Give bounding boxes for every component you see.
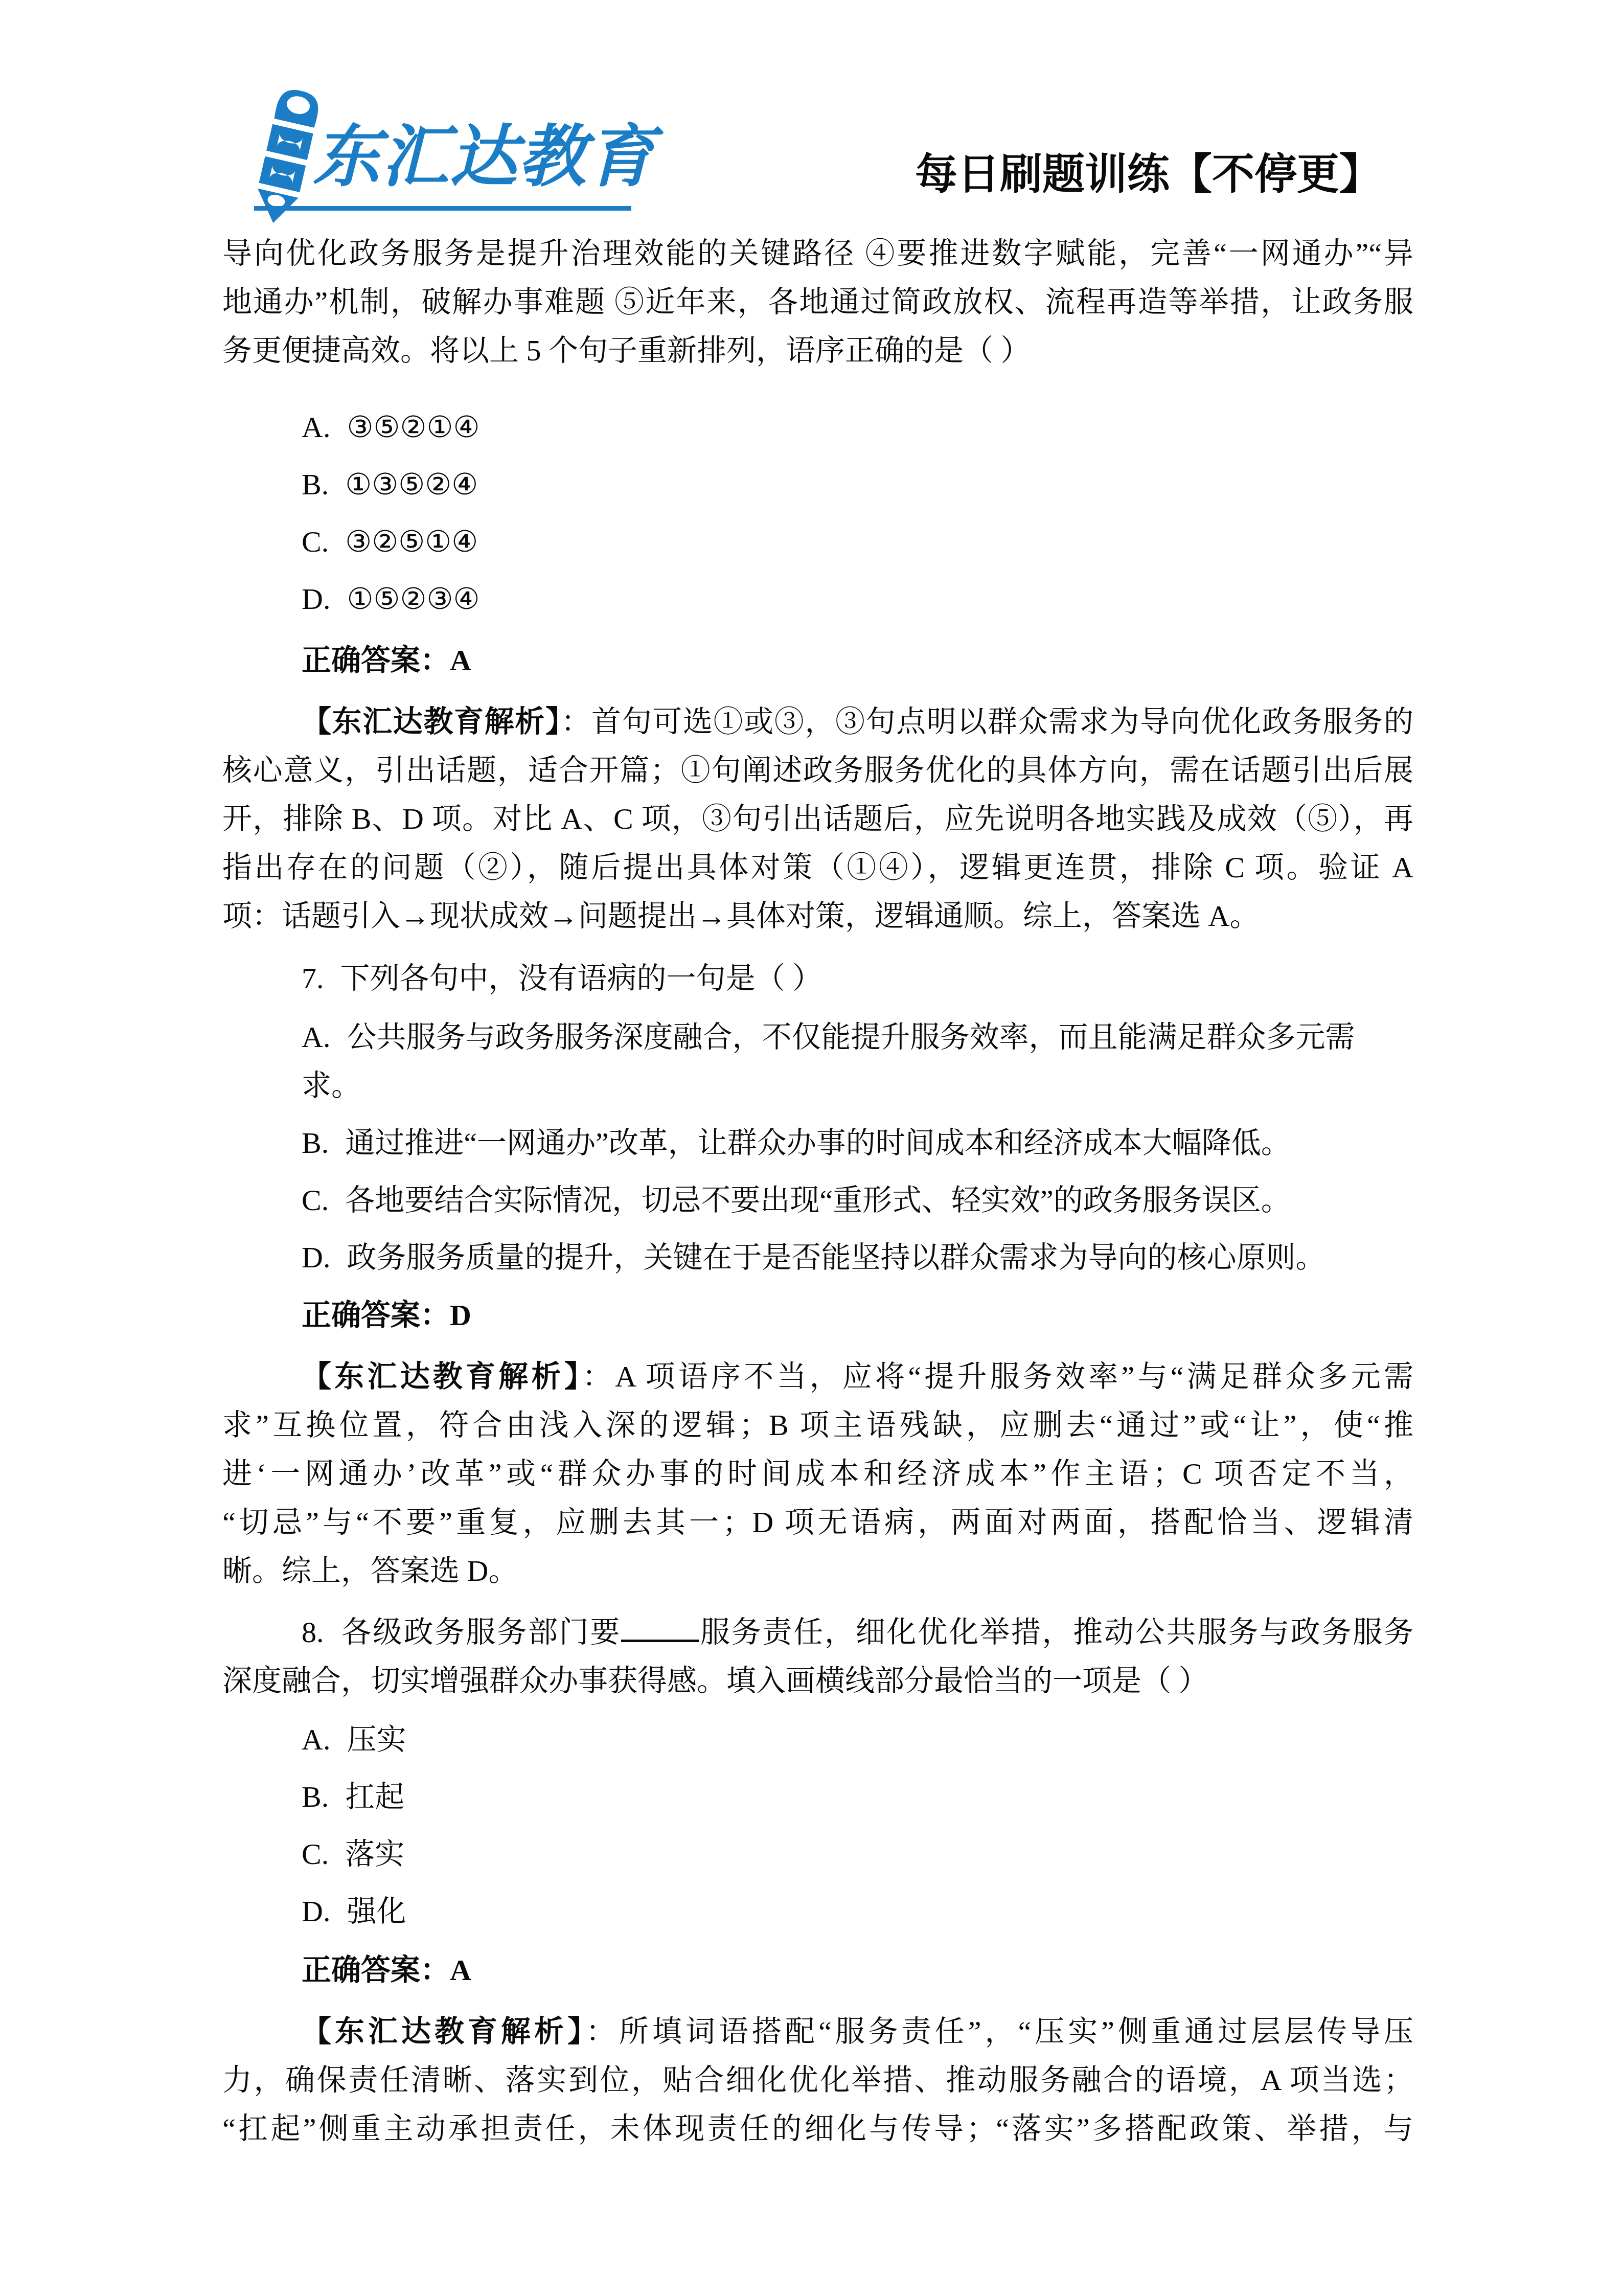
q6-answer: 正确答案：A: [222, 636, 1413, 685]
text-line: 【东汇达教育解析】：A 项语序不当，应将“提升服务效率”与“满足群众多元需: [222, 1352, 1413, 1401]
answer-blank: [621, 1634, 699, 1642]
q6-option-d: D.①⑤②③④: [222, 575, 1413, 623]
q8-option-c: C.落实: [222, 1830, 1413, 1878]
option-label: C.: [302, 1837, 329, 1871]
explanation-tag: 【东汇达教育解析】: [302, 2015, 586, 2048]
option-label: A.: [302, 1723, 330, 1756]
option-label: B.: [302, 1780, 329, 1813]
option-text: 各地要结合实际情况，切忌不要出现“重形式、轻实效”的政务服务误区。: [345, 1184, 1291, 1217]
explanation-tag: 【东汇达教育解析】: [302, 1360, 582, 1393]
q6-option-c: C.③②⑤①④: [222, 517, 1413, 566]
option-text: 压实: [347, 1723, 406, 1756]
question-6-options: A.③⑤②①④ B.①③⑤②④ C.③②⑤①④ D.①⑤②③④: [222, 403, 1413, 623]
q7-explanation: 【东汇达教育解析】：A 项语序不当，应将“提升服务效率”与“满足群众多元需 求”…: [222, 1352, 1413, 1595]
answer-label: 正确答案：: [302, 1299, 450, 1332]
explanation-tag: 【东汇达教育解析】: [302, 705, 561, 738]
text-line: 导向优化政务服务是提升治理效能的关键路径 ④要推进数字赋能，完善“一网通办”“异: [222, 229, 1413, 278]
option-text: ①③⑤②④: [345, 468, 478, 501]
option-label: D.: [302, 582, 330, 616]
question-8-options: A.压实 B.扛起 C.落实 D.强化: [222, 1715, 1413, 1936]
option-label: A.: [302, 1020, 330, 1054]
answer-value: D: [450, 1299, 471, 1332]
q8-option-d: D.强化: [222, 1887, 1413, 1936]
option-text: ①⑤②③④: [347, 582, 479, 616]
option-label: B.: [302, 1126, 329, 1160]
question-7-stem: 7.下列各句中，没有语病的一句是（ ）: [222, 954, 1413, 1003]
text-line: 地通办”机制，破解办事难题 ⑤近年来，各地通过简政放权、流程再造等举措，让政务服: [222, 278, 1413, 326]
question-number: 7.: [302, 962, 324, 995]
option-label: A.: [302, 411, 330, 444]
document-page: { "theme": { "brand_blue": "#1a7dc5", "t…: [0, 0, 1623, 2296]
q7-answer: 正确答案：D: [222, 1291, 1413, 1339]
q8-answer: 正确答案：A: [222, 1946, 1413, 1994]
q8-option-a: A.压实: [222, 1715, 1413, 1764]
text-line: 力，确保责任清晰、落实到位，贴合细化优化举措、推动服务融合的语境，A 项当选；: [222, 2056, 1413, 2104]
page-title: 每日刷题训练【不停更】: [915, 151, 1382, 198]
option-text: ③②⑤①④: [345, 525, 478, 558]
text-line: 【东汇达教育解析】：所填词语搭配“服务责任”，“压实”侧重通过层层传导压: [222, 2007, 1413, 2056]
answer-value: A: [450, 1953, 471, 1987]
text-line: “切忌”与“不要”重复，应删去其一；D 项无语病，两面对两面，搭配恰当、逻辑清: [222, 1498, 1413, 1547]
question-text: 服务责任，细化优化举措，推动公共服务与政务服务: [699, 1616, 1413, 1649]
option-text: ③⑤②①④: [347, 411, 479, 444]
question-8-stem: 8.各级政务服务部门要服务责任，细化优化举措，推动公共服务与政务服务 深度融合，…: [222, 1608, 1413, 1705]
answer-label: 正确答案：: [302, 644, 450, 677]
question-7-options: A.公共服务与政务服务深度融合，不仅能提升服务效率，而且能满足群众多元需求。 B…: [222, 1013, 1413, 1282]
q6-option-b: B.①③⑤②④: [222, 460, 1413, 509]
option-text: 通过推进“一网通办”改革，让群众办事的时间成本和经济成本大幅降低。: [345, 1126, 1291, 1160]
option-label: C.: [302, 1184, 329, 1217]
pen-icon: [226, 87, 323, 223]
option-label: C.: [302, 525, 329, 558]
text-line: 核心意义，引出话题，适合开篇；①句阐述政务服务优化的具体方向，需在话题引出后展: [222, 746, 1413, 794]
q8-option-b: B.扛起: [222, 1772, 1413, 1821]
answer-label: 正确答案：: [302, 1953, 450, 1987]
logo: 东汇达教育: [230, 87, 649, 220]
option-text: 扛起: [345, 1780, 404, 1813]
option-label: D.: [302, 1241, 330, 1274]
option-text: 政务服务质量的提升，关键在于是否能坚持以群众需求为导向的核心原则。: [347, 1241, 1325, 1274]
q7-option-a: A.公共服务与政务服务深度融合，不仅能提升服务效率，而且能满足群众多元需求。: [222, 1013, 1413, 1110]
text-line: 指出存在的问题（②），随后提出具体对策（①④），逻辑更连贯，排除 C 项。验证 …: [222, 843, 1413, 892]
option-text: 强化: [347, 1895, 406, 1928]
logo-text: 东汇达教育: [313, 120, 655, 194]
explanation-text: ：首句可选①或③，③句点明以群众需求为导向优化政务服务的: [561, 705, 1413, 738]
question-number: 8.: [302, 1616, 324, 1649]
text-line: 务更便捷高效。将以上 5 个句子重新排列，语序正确的是（ ）: [222, 326, 1413, 375]
question-text: 各级政务服务部门要: [340, 1616, 622, 1649]
text-line: 深度融合，切实增强群众办事获得感。填入画横线部分最恰当的一项是（ ）: [222, 1656, 1413, 1705]
intro-paragraph: 导向优化政务服务是提升治理效能的关键路径 ④要推进数字赋能，完善“一网通办”“异…: [222, 229, 1413, 375]
logo-underline: [254, 206, 631, 211]
q7-option-b: B.通过推进“一网通办”改革，让群众办事的时间成本和经济成本大幅降低。: [222, 1119, 1413, 1167]
text-line: 求”互换位置，符合由浅入深的逻辑；B 项主语残缺，应删去“通过”或“让”，使“推: [222, 1401, 1413, 1449]
question-text: 下列各句中，没有语病的一句是（ ）: [340, 962, 822, 995]
explanation-text: ：所填词语搭配“服务责任”，“压实”侧重通过层层传导压: [586, 2015, 1413, 2048]
text-line: 开，排除 B、D 项。对比 A、C 项，③句引出话题后，应先说明各地实践及成效（…: [222, 794, 1413, 843]
text-line: 晰。综上，答案选 D。: [222, 1547, 1413, 1595]
option-text: 落实: [345, 1837, 404, 1871]
q7-option-d: D.政务服务质量的提升，关键在于是否能坚持以群众需求为导向的核心原则。: [222, 1233, 1413, 1282]
text-line: 进‘一网通办’改革”或“群众办事的时间成本和经济成本”作主语；C 项否定不当，: [222, 1449, 1413, 1498]
text-line: 项：话题引入→现状成效→问题提出→具体对策，逻辑通顺。综上，答案选 A。: [222, 892, 1413, 940]
answer-value: A: [450, 644, 471, 677]
option-text: 公共服务与政务服务深度融合，不仅能提升服务效率，而且能满足群众多元需求。: [302, 1020, 1355, 1102]
q6-option-a: A.③⑤②①④: [222, 403, 1413, 451]
text-line: “扛起”侧重主动承担责任，未体现责任的细化与传导；“落实”多搭配政策、举措，与: [222, 2104, 1413, 2153]
option-label: D.: [302, 1895, 330, 1928]
q8-explanation: 【东汇达教育解析】：所填词语搭配“服务责任”，“压实”侧重通过层层传导压 力，确…: [222, 2007, 1413, 2153]
q7-option-c: C.各地要结合实际情况，切忌不要出现“重形式、轻实效”的政务服务误区。: [222, 1176, 1413, 1224]
text-line: 8.各级政务服务部门要服务责任，细化优化举措，推动公共服务与政务服务: [222, 1608, 1413, 1656]
text-line: 【东汇达教育解析】：首句可选①或③，③句点明以群众需求为导向优化政务服务的: [222, 697, 1413, 746]
document-body: 导向优化政务服务是提升治理效能的关键路径 ④要推进数字赋能，完善“一网通办”“异…: [222, 229, 1413, 2153]
explanation-text: ：A 项语序不当，应将“提升服务效率”与“满足群众多元需: [582, 1360, 1413, 1393]
q6-explanation: 【东汇达教育解析】：首句可选①或③，③句点明以群众需求为导向优化政务服务的 核心…: [222, 697, 1413, 940]
option-label: B.: [302, 468, 329, 501]
